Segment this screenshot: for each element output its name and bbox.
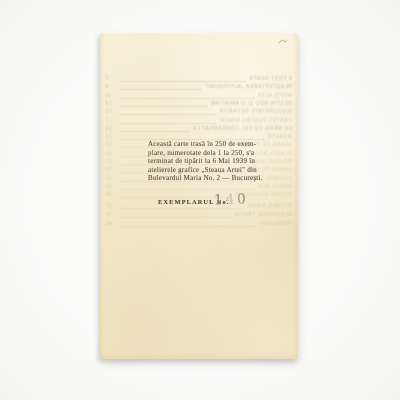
bleedthrough-line: ÎNCHEIERE 41 [105, 221, 292, 227]
bleedthrough-page-number: 15 [105, 109, 117, 115]
book-page: A FOST ODATĂ 7 ÎN AŞTEPTAREA „ALTITUDINI… [100, 33, 298, 359]
bleedthrough-page-number: 25 [105, 151, 117, 157]
bleedthrough-page-number: 9 [105, 84, 117, 90]
bleedthrough-title: EU MERG CU CEL CONDAMNAT LA [192, 126, 292, 132]
bleedthrough-line: A FOST ODATĂ 7 [105, 76, 292, 82]
exemplar-row: EXEMPLARUL No. 140 [158, 193, 288, 213]
colophon-line: Bulevardul Maria No. 2 — Bucureşti. [148, 174, 268, 183]
pencil-mark [278, 38, 288, 45]
dotted-leader [120, 80, 246, 82]
bleedthrough-line: NOPŢI ALBE 11 [105, 93, 292, 99]
dotted-leader [120, 225, 256, 227]
dotted-leader [120, 122, 216, 124]
bleedthrough-line: CÂNTEC PENTRU NIMENI 17 [105, 118, 292, 124]
dotted-leader [120, 113, 216, 115]
bleedthrough-page-number: 35 [105, 192, 117, 198]
colophon-line: plare, numerotate dela 1 la 250, s'a [148, 149, 268, 158]
bleedthrough-page-number: 33 [105, 184, 117, 190]
colophon-line: atelierele grafice „Steaua Artei" din [148, 166, 268, 175]
bleedthrough-page-number: 21 [105, 134, 117, 140]
bleedthrough-page-number: 29 [105, 167, 117, 173]
bleedthrough-title: DESTIN NOU ŞI O AMINTIRE [210, 101, 292, 107]
bleedthrough-page-number: 23 [105, 142, 117, 148]
bleedthrough-page-number: 41 [105, 221, 117, 227]
dotted-leader [120, 97, 254, 99]
bleedthrough-page-number: 37 [105, 203, 117, 209]
bleedthrough-title: RĂMAS BUN [257, 184, 292, 190]
colophon-line: Această carte trasă în 250 de exem- [148, 140, 268, 149]
bleedthrough-line: EU MERG CU CEL CONDAMNAT LA 19 [105, 126, 292, 132]
dotted-leader [120, 216, 231, 218]
bleedthrough-title: CÂNTEC PENTRU NIMENI [219, 118, 292, 124]
bleedthrough-page-number: 39 [105, 212, 117, 218]
bleedthrough-title: ÎNCHEIERE [259, 221, 292, 227]
bleedthrough-title: A FOST ODATĂ [249, 76, 292, 82]
dotted-leader [120, 188, 254, 190]
dotted-leader [120, 130, 189, 132]
bleedthrough-line: RĂMAS BUN 33 [105, 184, 292, 190]
bleedthrough-title: MOARTE [267, 134, 292, 140]
colophon-paragraph: Această carte trasă în 250 de exem-plare… [148, 140, 268, 183]
bleedthrough-page-number: 11 [105, 93, 117, 99]
bleedthrough-page-number: 27 [105, 159, 117, 165]
bleedthrough-page-number: 19 [105, 126, 117, 132]
bleedthrough-line: SINGURĂTATE RETRĂITĂ 15 [105, 109, 292, 115]
bleedthrough-title: SINGURĂTATE RETRĂITĂ [219, 109, 292, 115]
bleedthrough-page-number: 31 [105, 176, 117, 182]
dotted-leader [120, 105, 207, 107]
bleedthrough-title: NOPŢI ALBE [257, 93, 292, 99]
bleedthrough-page-number: 13 [105, 101, 117, 107]
colophon-line: terminat de tipărit la 6 Mai 1939 în [148, 157, 268, 166]
bleedthrough-line: DESTIN NOU ŞI O AMINTIRE 13 [105, 101, 292, 107]
exemplar-number-stamp: 140 [214, 192, 249, 209]
bleedthrough-title: ÎN AŞTEPTAREA „ALTITUDINII" [204, 84, 292, 90]
bleedthrough-line: ÎN AŞTEPTAREA „ALTITUDINII" 9 [105, 84, 292, 90]
photo-background: A FOST ODATĂ 7 ÎN AŞTEPTAREA „ALTITUDINI… [0, 0, 400, 400]
bleedthrough-page-number: 7 [105, 76, 117, 82]
dotted-leader [120, 88, 201, 90]
bleedthrough-page-number: 17 [105, 118, 117, 124]
